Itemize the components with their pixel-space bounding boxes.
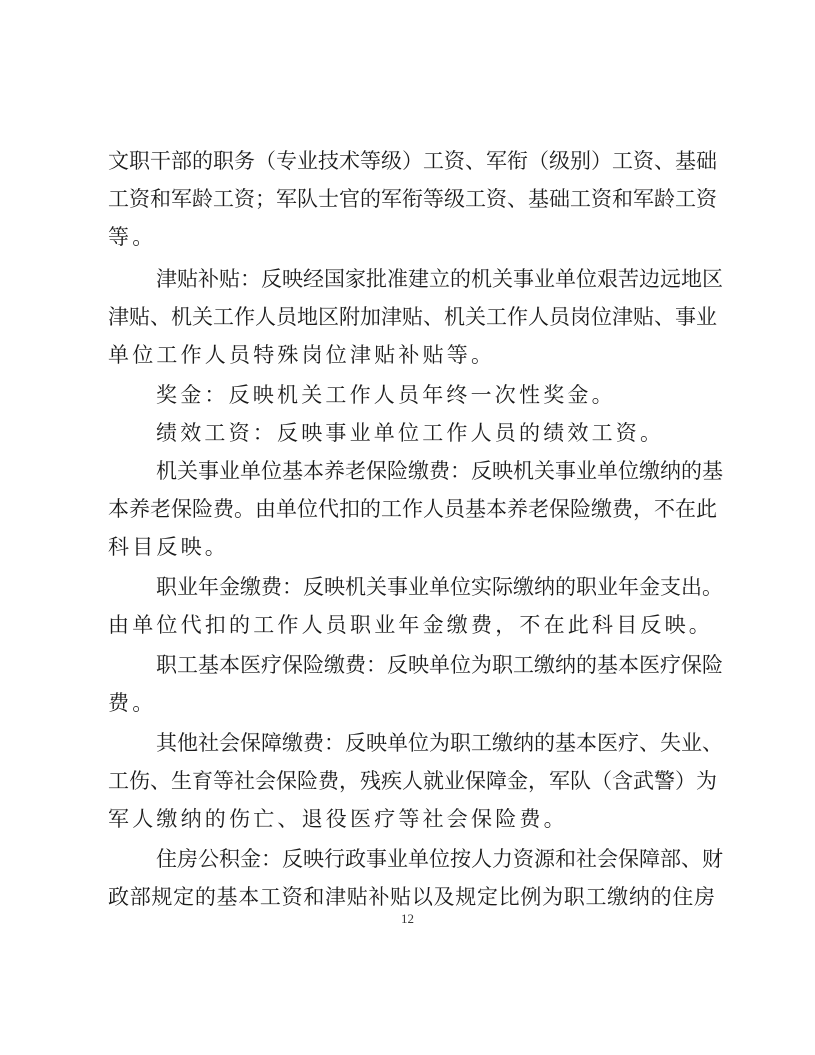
document-page: 文职干部的职务（专业技术等级）工资、军衔（级别）工资、基础 工资和军龄工资；军队… <box>0 0 815 1055</box>
text-line: 单位工作人员特殊岗位津贴补贴等。 <box>108 340 715 370</box>
paragraph-start-occupational-annuity: 职业年金缴费：反映机关事业单位实际缴纳的职业年金支出。 <box>156 572 715 602</box>
paragraph-start-other-social-security: 其他社会保障缴费：反映单位为职工缴纳的基本医疗、失业、 <box>156 728 715 758</box>
paragraph-start-allowances: 津贴补贴：反映经国家批准建立的机关事业单位艰苦边远地区 <box>156 264 715 294</box>
page-number: 12 <box>0 911 815 927</box>
text-line: 由单位代扣的工作人员职业年金缴费，不在此科目反映。 <box>108 610 715 640</box>
text-line: 工资和军龄工资；军队士官的军衔等级工资、基础工资和军龄工资 <box>108 184 715 214</box>
text-line: 文职干部的职务（专业技术等级）工资、军衔（级别）工资、基础 <box>108 146 715 176</box>
paragraph-start-performance-pay: 绩效工资：反映事业单位工作人员的绩效工资。 <box>156 418 715 448</box>
text-line: 费。 <box>108 688 715 718</box>
text-line: 军人缴纳的伤亡、退役医疗等社会保险费。 <box>108 804 715 834</box>
text-line: 等。 <box>108 222 715 252</box>
text-line: 科目反映。 <box>108 532 715 562</box>
text-line: 工伤、生育等社会保险费，残疾人就业保障金，军队（含武警）为 <box>108 766 715 796</box>
text-line: 政部规定的基本工资和津贴补贴以及规定比例为职工缴纳的住房 <box>108 882 715 912</box>
paragraph-start-bonus: 奖金：反映机关工作人员年终一次性奖金。 <box>156 380 715 410</box>
paragraph-start-housing-fund: 住房公积金：反映行政事业单位按人力资源和社会保障部、财 <box>156 844 715 874</box>
paragraph-start-pension: 机关事业单位基本养老保险缴费：反映机关事业单位缴纳的基 <box>156 456 715 486</box>
text-line: 本养老保险费。由单位代扣的工作人员基本养老保险缴费，不在此 <box>108 494 715 524</box>
paragraph-start-medical-insurance: 职工基本医疗保险缴费：反映单位为职工缴纳的基本医疗保险 <box>156 650 715 680</box>
text-line: 津贴、机关工作人员地区附加津贴、机关工作人员岗位津贴、事业 <box>108 302 715 332</box>
